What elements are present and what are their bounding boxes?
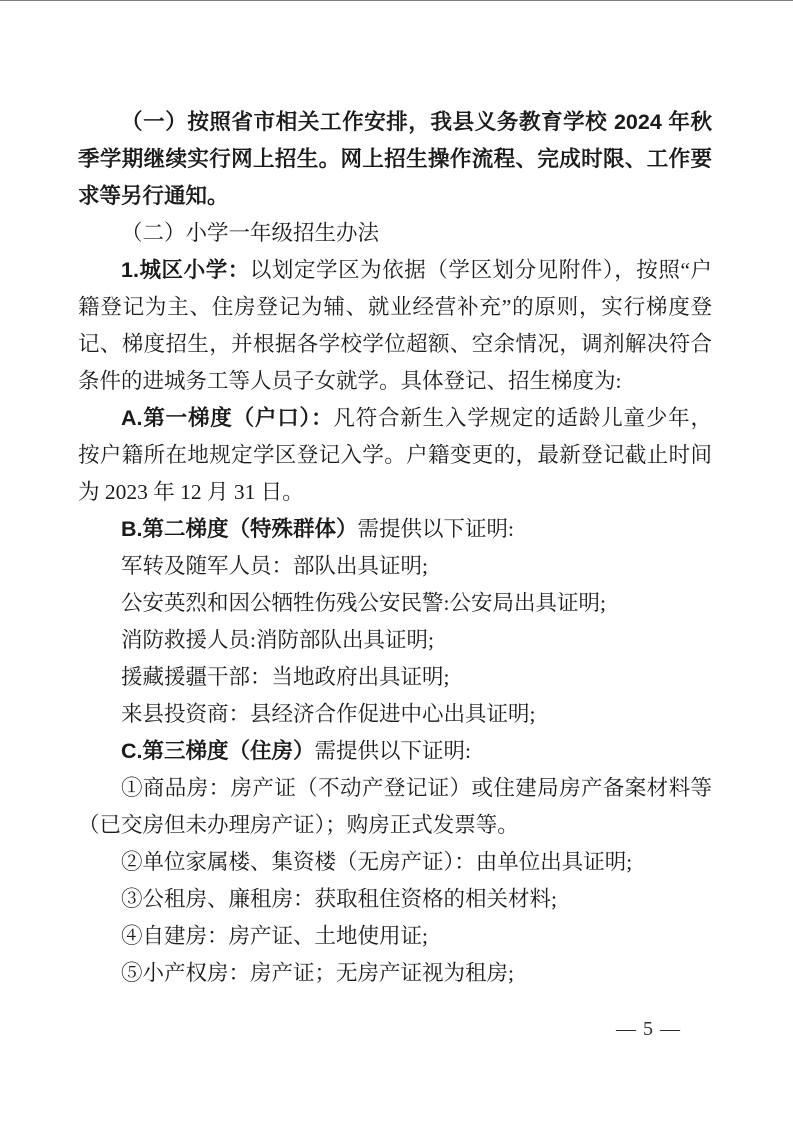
para-b-item-fire-rescue: 消防救援人员:消防部队出具证明; <box>78 622 712 659</box>
page-number: — 5 — <box>616 1017 681 1041</box>
para-b-item-investors: 来县投资商：县经济合作促进中心出具证明; <box>78 696 712 733</box>
text-run: ③公租房、廉租房：获取租住资格的相关材料; <box>121 887 557 911</box>
para-b-item-military: 军转及随军人员：部队出具证明; <box>78 548 712 585</box>
text-run: 军转及随军人员：部队出具证明; <box>121 554 428 578</box>
para-gradient-b-special-groups: B.第二梯度（特殊群体）需提供以下证明: <box>78 511 712 548</box>
para-section-2-heading: （二）小学一年级招生办法 <box>78 215 712 252</box>
para-c-item-5-limited-property: ⑤小产权房：房产证；无房产证视为租房; <box>78 955 712 992</box>
para-section-1: （一）按照省市相关工作安排，我县义务教育学校 2024 年秋季学期继续实行网上招… <box>78 104 712 215</box>
para-b-item-aid-cadres: 援藏援疆干部：当地政府出具证明; <box>78 659 712 696</box>
para-urban-primary-school: 1.城区小学：以划定学区为依据（学区划分见附件），按照“户籍登记为主、住房登记为… <box>78 252 712 400</box>
document-body: （一）按照省市相关工作安排，我县义务教育学校 2024 年秋季学期继续实行网上招… <box>78 104 712 992</box>
para-gradient-a-household: A.第一梯度（户口）：凡符合新生入学规定的适龄儿童少年，按户籍所在地规定学区登记… <box>78 400 712 511</box>
para-c-item-4-self-built: ④自建房：房产证、土地使用证; <box>78 918 712 955</box>
text-run: 援藏援疆干部：当地政府出具证明; <box>121 665 449 689</box>
text-run: （二）小学一年级招生办法 <box>121 221 379 245</box>
para-c-item-1-commercial-housing: ①商品房：房产证（不动产登记证）或住建局房产备案材料等（已交房但未办理房产证）；… <box>78 770 712 844</box>
text-run: 需提供以下证明: <box>315 739 471 763</box>
document-page: （一）按照省市相关工作安排，我县义务教育学校 2024 年秋季学期继续实行网上招… <box>0 0 793 1122</box>
para-gradient-c-housing: C.第三梯度（住房）需提供以下证明: <box>78 733 712 770</box>
bold-text-run: C.第三梯度（住房） <box>121 739 315 763</box>
para-b-item-police: 公安英烈和因公牺牲伤残公安民警:公安局出具证明; <box>78 585 712 622</box>
bold-text-run: B.第二梯度（特殊群体） <box>121 517 358 541</box>
text-run: ②单位家属楼、集资楼（无房产证）：由单位出具证明; <box>121 850 632 874</box>
para-c-item-3-public-rental: ③公租房、廉租房：获取租住资格的相关材料; <box>78 881 712 918</box>
page-top-edge-line <box>0 0 793 1</box>
text-run: 来县投资商：县经济合作促进中心出具证明; <box>121 702 535 726</box>
bold-text-run: A.第一梯度（户口）： <box>121 406 333 430</box>
text-run: ⑤小产权房：房产证；无房产证视为租房; <box>121 961 514 985</box>
bold-text-run: （一）按照省市相关工作安排，我县义务教育学校 2024 年秋季学期继续实行网上招… <box>78 110 712 208</box>
para-c-item-2-unit-housing: ②单位家属楼、集资楼（无房产证）：由单位出具证明; <box>78 844 712 881</box>
text-run: 公安英烈和因公牺牲伤残公安民警:公安局出具证明; <box>121 591 606 615</box>
bold-text-run: 1.城区小学： <box>121 258 250 282</box>
text-run: ④自建房：房产证、土地使用证; <box>121 924 428 948</box>
text-run: 需提供以下证明: <box>358 517 514 541</box>
text-run: 消防救援人员:消防部队出具证明; <box>121 628 434 652</box>
text-run: ①商品房：房产证（不动产登记证）或住建局房产备案材料等（已交房但未办理房产证）；… <box>78 776 712 837</box>
